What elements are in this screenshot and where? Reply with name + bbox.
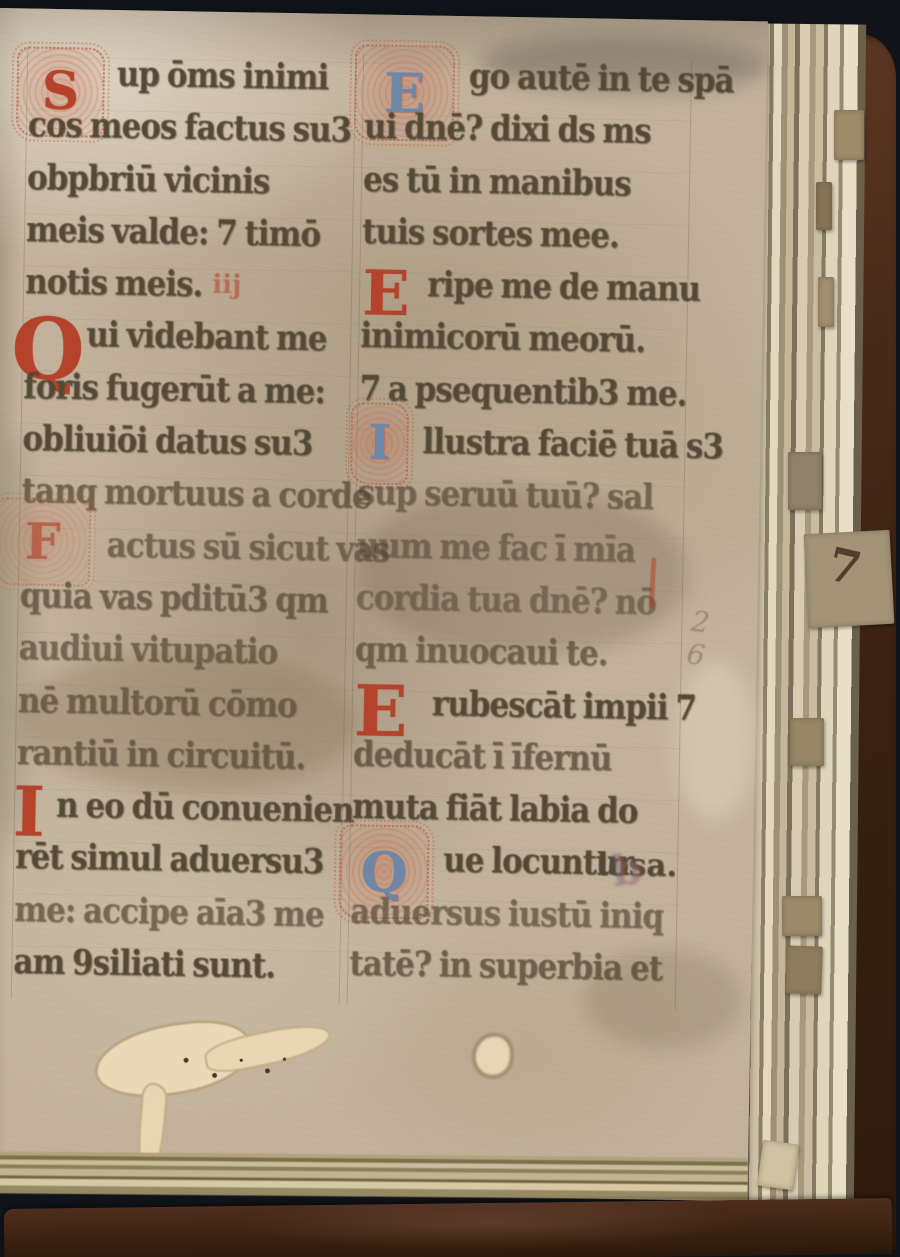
line-text: ui dnē? dixi ds ms (364, 107, 651, 152)
line-text: rēt simul aduersu3 (15, 837, 324, 883)
line-text: actus sū sicut vas (106, 525, 389, 570)
manuscript-line: Sup ōms inimi (28, 53, 359, 111)
line-text: obpbriū vicinis (27, 157, 270, 202)
manuscript-line: uum me fac ī mīa (356, 525, 687, 583)
manuscript-line: rantiū in circuitū. (16, 732, 347, 790)
line-text: quia vas pditū3 qm (19, 575, 328, 621)
text-column-right: Ego autē in te spāui dnē? dixi ds mses t… (349, 54, 695, 1001)
line-text: nē multorū cōmo (18, 680, 298, 725)
leather-index-tab (785, 945, 823, 994)
manuscript-line: In eo dū conuenien (16, 785, 347, 843)
line-text: rantiū in circuitū. (17, 732, 306, 777)
manuscript-page: Sup ōms inimicos meos factus su3obpbriū … (0, 8, 768, 1201)
leather-index-tab (818, 277, 834, 327)
line-text: am 9siliati sunt. (13, 941, 275, 986)
line-text: tatē? in superbia et (349, 943, 662, 989)
line-text: sup seruū tuū? sal (357, 473, 653, 518)
parchment-stain-small (471, 1032, 514, 1079)
manuscript-line: audiui vitupatio (18, 628, 349, 686)
leather-index-tab (757, 1140, 799, 1191)
line-text: uum me fac ī mīa (356, 525, 635, 570)
stain-speckles (171, 1046, 292, 1094)
manuscript-line: quia vas pditū3 qm (19, 575, 350, 633)
line-text: meis valde: 7 timō (26, 209, 321, 254)
tab-inscription: 7 (820, 537, 893, 615)
line-text: aduersus iustū iniq (350, 891, 663, 937)
line-text: go autē in te spā (469, 56, 734, 101)
line-text: up ōms inimi (117, 54, 329, 98)
manuscript-line: rēt simul aduersu3 (15, 837, 346, 895)
line-text: obliuiōi datus su3 (22, 419, 313, 464)
manuscript-line: inimicorū meorū. (360, 316, 691, 374)
illuminated-initial-i: I (13, 781, 44, 846)
book-cover-bottom (4, 1198, 893, 1257)
manuscript-line: Qui videbant me (24, 314, 355, 372)
manuscript-line: es tū in manibus (363, 159, 694, 217)
manuscript-line: meis valde: 7 timō (26, 209, 357, 267)
manuscript-line: aduersus iustū iniq (350, 891, 681, 949)
manuscript-line: deducāt ī īfernū (352, 734, 683, 792)
manuscript-line: tuis sortes mee. (362, 211, 693, 269)
line-text: inimicorū meorū. (360, 316, 645, 361)
line-text: notis meis. (25, 262, 203, 305)
manuscript-line: sup seruū tuū? sal (357, 473, 688, 531)
line-text: ripe me de manu (427, 265, 700, 310)
ghost-offset-letter: b (608, 843, 643, 895)
leather-index-tab (782, 896, 822, 936)
manuscript-line: Illustra faciē tuā s3 (358, 420, 689, 478)
manuscript-line: cordia tua dnē? nō (355, 577, 686, 635)
illuminated-initial-e: E (355, 267, 418, 320)
line-text: deducāt ī īfernū (353, 734, 612, 779)
manuscript-line: obliuiōi datus su3 (22, 419, 353, 477)
leather-index-tab: 7 (804, 530, 895, 628)
line-text: 7 a psequentib3 me. (359, 368, 687, 414)
line-text: me: accipe aīa3 me (14, 889, 324, 935)
manuscript-line: ui dnē? dixi ds ms (363, 107, 694, 165)
line-text: n eo dū conuenien (56, 785, 354, 831)
leather-index-tab (834, 110, 864, 160)
line-text: es tū in manibus (363, 159, 631, 204)
folio-mark: 2 6 (685, 604, 762, 679)
line-text: ui videbant me (86, 315, 327, 360)
manuscript-line: nē multorū cōmo (17, 680, 348, 738)
leather-index-tab (816, 182, 832, 230)
manuscript-photograph: 7 Sup ōms inimicos meos factus su3obpbri… (0, 0, 900, 1257)
page-bottom-edge (0, 1151, 748, 1200)
manuscript-line: me: accipe aīa3 me (14, 889, 345, 947)
line-text: cordia tua dnē? nō (355, 577, 656, 623)
manuscript-line: Ego autē in te spā (364, 54, 695, 112)
text-column-left: Sup ōms inimicos meos factus su3obpbriū … (13, 53, 359, 1000)
manuscript-line: cos meos factus su3 (27, 105, 358, 163)
line-text: rubescāt impii 7 (432, 683, 697, 728)
manuscript-line: Eripe me de manu (361, 264, 692, 322)
manuscript-line: tatē? in superbia et (349, 943, 680, 1001)
line-text: qm inuocaui te. (355, 630, 608, 675)
manuscript-line: Factus sū sicut vas (20, 523, 351, 581)
line-text: llustra faciē tuā s3 (422, 422, 723, 468)
manuscript-line: obpbriū vicinis (26, 157, 357, 215)
leather-index-tab (788, 452, 822, 510)
line-text: cos meos factus su3 (28, 105, 352, 151)
red-line-filler: iij (212, 270, 242, 301)
line-text: foris fugerūt a me: (23, 366, 325, 412)
line-text: tuis sortes mee. (362, 211, 619, 256)
line-text: audiui vitupatio (18, 628, 277, 673)
leather-index-tab (790, 718, 824, 766)
manuscript-line: foris fugerūt a me: (23, 366, 354, 424)
manuscript-line: am 9siliati sunt. (13, 941, 344, 999)
illuminated-initial-f: F (0, 497, 91, 587)
manuscript-line: Erubescāt impii 7 (353, 682, 684, 740)
